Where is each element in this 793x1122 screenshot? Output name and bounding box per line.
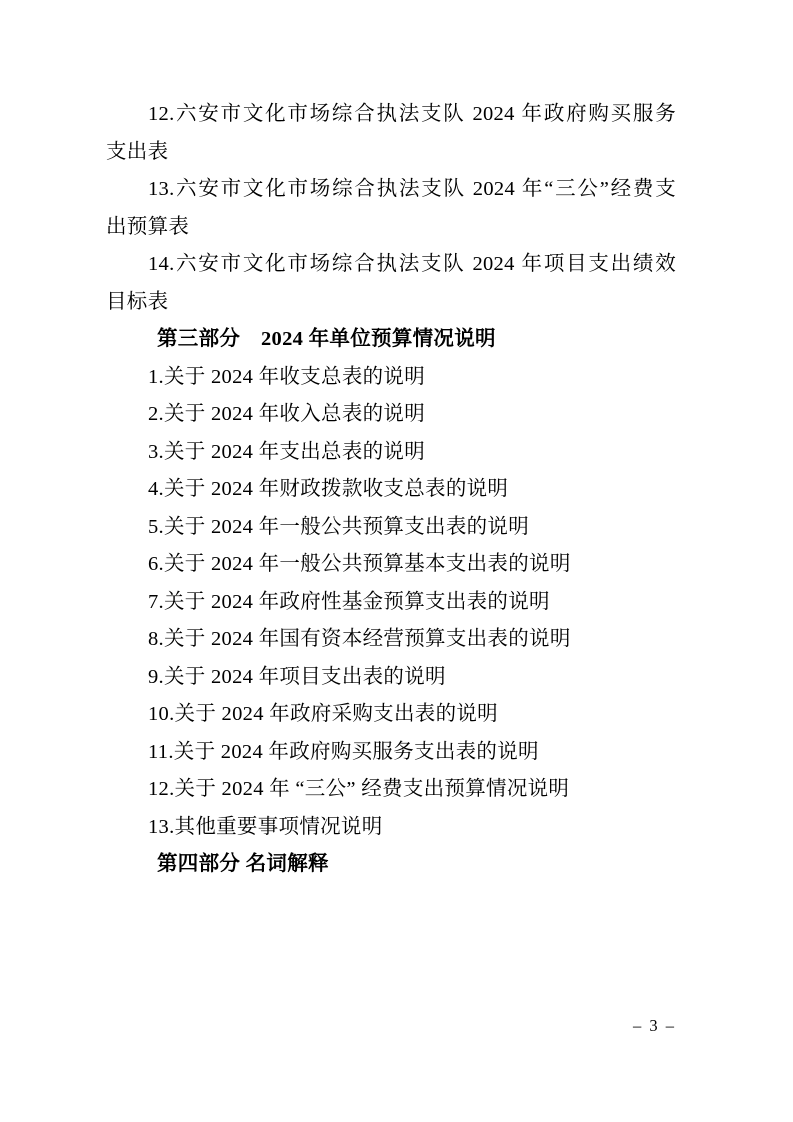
toc-content: 12.六安市文化市场综合执法支队 2024 年政府购买服务 支出表 13.六安市…	[106, 96, 676, 884]
part3-item-6: 6.关于 2024 年一般公共预算基本支出表的说明	[106, 546, 676, 584]
part4-heading: 第四部分 名词解释	[106, 846, 676, 884]
part2-item-12-line2: 支出表	[106, 134, 676, 172]
part3-item-8: 8.关于 2024 年国有资本经营预算支出表的说明	[106, 621, 676, 659]
part3-item-11: 11.关于 2024 年政府购买服务支出表的说明	[106, 734, 676, 772]
part2-item-13-line2: 出预算表	[106, 209, 676, 247]
part3-item-2: 2.关于 2024 年收入总表的说明	[106, 396, 676, 434]
part3-item-5: 5.关于 2024 年一般公共预算支出表的说明	[106, 509, 676, 547]
part2-item-12-line1: 12.六安市文化市场综合执法支队 2024 年政府购买服务	[106, 96, 676, 134]
part3-item-7: 7.关于 2024 年政府性基金预算支出表的说明	[106, 584, 676, 622]
part2-item-14-line1: 14.六安市文化市场综合执法支队 2024 年项目支出绩效	[106, 246, 676, 284]
part3-item-12: 12.关于 2024 年 “三公” 经费支出预算情况说明	[106, 771, 676, 809]
document-page: 12.六安市文化市场综合执法支队 2024 年政府购买服务 支出表 13.六安市…	[0, 0, 793, 1122]
part2-item-14-line2: 目标表	[106, 284, 676, 322]
part3-heading: 第三部分 2024 年单位预算情况说明	[106, 321, 676, 359]
part3-item-13: 13.其他重要事项情况说明	[106, 809, 676, 847]
page-number: – 3 –	[633, 1016, 676, 1036]
part3-item-4: 4.关于 2024 年财政拨款收支总表的说明	[106, 471, 676, 509]
part3-item-10: 10.关于 2024 年政府采购支出表的说明	[106, 696, 676, 734]
part3-item-3: 3.关于 2024 年支出总表的说明	[106, 434, 676, 472]
part2-item-13-line1: 13.六安市文化市场综合执法支队 2024 年“三公”经费支	[106, 171, 676, 209]
part3-item-1: 1.关于 2024 年收支总表的说明	[106, 359, 676, 397]
part3-item-9: 9.关于 2024 年项目支出表的说明	[106, 659, 676, 697]
